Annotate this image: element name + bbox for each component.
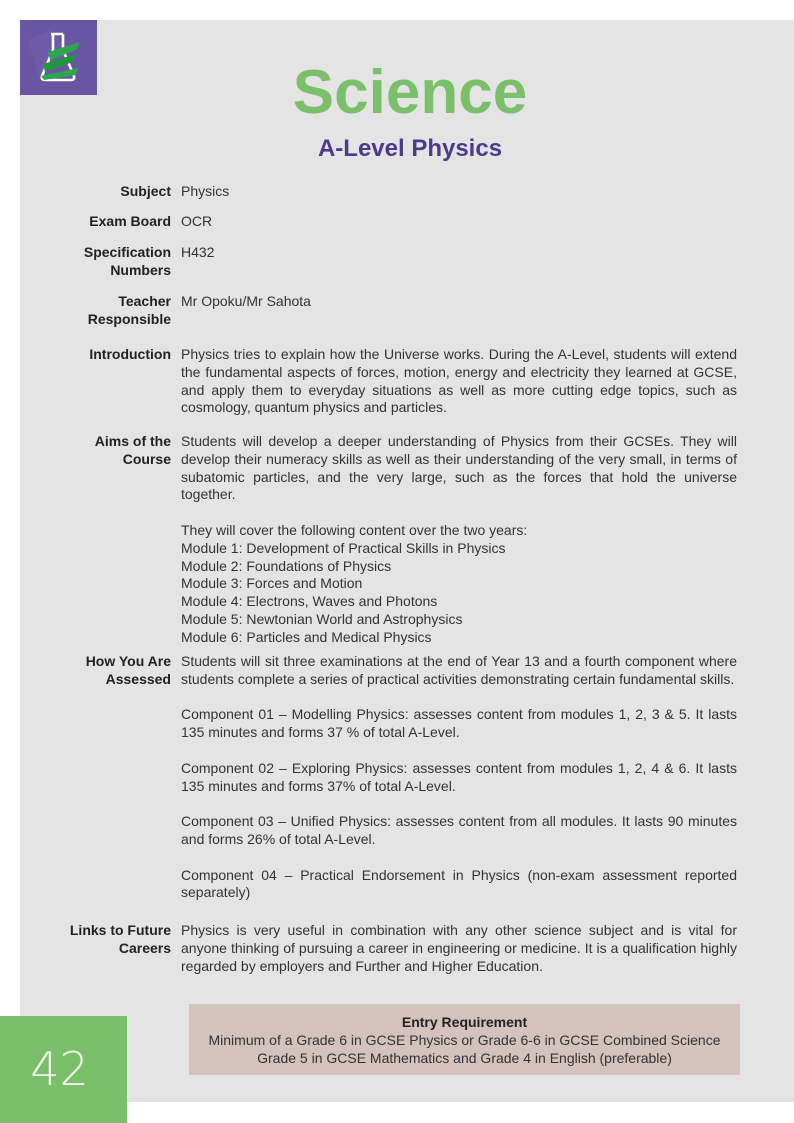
module-item: Module 5: Newtonian World and Astrophysi… (181, 611, 737, 629)
component-item: Component 03 – Unified Physics: assesses… (181, 813, 737, 849)
specification-label: Specification Numbers (60, 244, 171, 280)
page-number: 42 (0, 1016, 127, 1123)
component-item: Component 01 – Modelling Physics: assess… (181, 706, 737, 742)
module-item: Module 6: Particles and Medical Physics (181, 629, 737, 647)
introduction-text: Physics tries to explain how the Univers… (181, 346, 737, 417)
page-subtitle: A-Level Physics (200, 134, 620, 164)
subject-label: Subject (60, 183, 171, 201)
component-item: Component 04 – Practical Endorsement in … (181, 867, 737, 903)
entry-requirement-line: Minimum of a Grade 6 in GCSE Physics or … (189, 1031, 740, 1049)
module-item: Module 4: Electrons, Waves and Photons (181, 593, 737, 611)
entry-requirement-box: Entry Requirement Minimum of a Grade 6 i… (189, 1004, 740, 1075)
subject-value: Physics (181, 183, 737, 201)
module-item: Module 3: Forces and Motion (181, 575, 737, 593)
module-item: Module 1: Development of Practical Skill… (181, 540, 737, 558)
assessment-label: How You Are Assessed (60, 653, 171, 689)
modules-intro: They will cover the following content ov… (181, 522, 737, 540)
assessment-text: Students will sit three examinations at … (181, 653, 737, 689)
teacher-value: Mr Opoku/Mr Sahota (181, 293, 737, 311)
flask-icon (20, 20, 97, 95)
careers-text: Physics is very useful in combination wi… (181, 922, 737, 975)
teacher-label: Teacher Responsible (60, 293, 171, 329)
module-list: They will cover the following content ov… (181, 522, 737, 647)
assessment-content: Students will sit three examinations at … (181, 653, 737, 902)
entry-requirement-line: Grade 5 in GCSE Mathematics and Grade 4 … (189, 1049, 740, 1067)
science-logo (20, 20, 97, 95)
careers-label: Links to Future Careers (60, 922, 171, 958)
aims-label: Aims of the Course (60, 433, 171, 469)
aims-text: Students will develop a deeper understan… (181, 433, 737, 504)
entry-requirement-heading: Entry Requirement (189, 1013, 740, 1031)
exam-board-value: OCR (181, 213, 737, 231)
page-title: Science (200, 58, 620, 128)
component-item: Component 02 – Exploring Physics: assess… (181, 760, 737, 796)
aims-content: Students will develop a deeper understan… (181, 433, 737, 647)
module-item: Module 2: Foundations of Physics (181, 558, 737, 576)
introduction-label: Introduction (60, 346, 171, 364)
exam-board-label: Exam Board (60, 213, 171, 231)
specification-value: H432 (181, 244, 737, 262)
